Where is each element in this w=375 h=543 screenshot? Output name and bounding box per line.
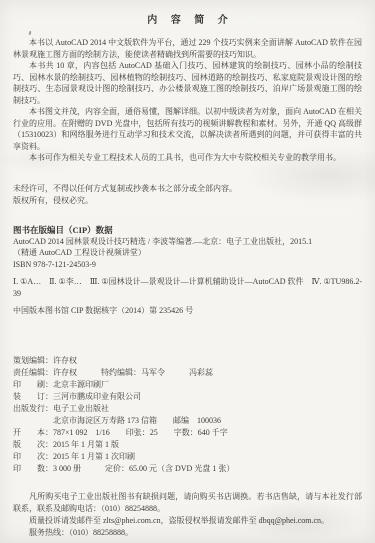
purchase-note-service-hotline: 服务热线：（010）88258888。 <box>13 527 362 539</box>
page-title: 内 容 简 介 <box>13 14 362 28</box>
colophon-line-planning-editor: 策划编辑：许存权 <box>13 355 362 367</box>
intro-paragraph: 本书共 10 章，内容包括 AutoCAD 基础入门技巧、园林建筑的绘制技巧、园… <box>13 60 362 106</box>
colophon-line-impression: 印 次：2015 年 1 月第 1 次印刷 <box>13 451 362 463</box>
colophon-section: 策划编辑：许存权 责任编辑：许存权 特约编辑：马军令 冯彩蕊 印 刷：北京丰源印… <box>13 355 362 475</box>
cip-heading: 图书在版编目（CIP）数据 <box>13 224 362 236</box>
scan-speck-artifact <box>29 31 32 35</box>
cip-isbn-line: ISBN 978-7-121-24503-9 <box>13 259 362 271</box>
intro-paragraph: 本书以 AutoCAD 2014 中文版软件为平台，通过 229 个技巧实例来全… <box>13 37 362 60</box>
colophon-line-printer: 印 刷：北京丰源印刷厂 <box>13 379 362 391</box>
cip-classification-line: Ⅰ. ①A… Ⅱ. ①李… Ⅲ. ①园林设计—景观设计—计算机辅助设计—Auto… <box>13 276 362 299</box>
purchase-notes-section: 凡所购买电子工业出版社图书有缺损问题，请向购买书店调换。若书店售缺，请与本社发行… <box>13 491 362 539</box>
copyright-notice: 未经许可，不得以任何方式复制或抄袭本书之部分或全部内容。 版权所有，侵权必究。 <box>13 183 362 207</box>
colophon-line-binder: 装 订：三河市鹏成印业有限公司 <box>13 391 362 403</box>
intro-paragraph: 本书可作为相关专业工程技术人员的工具书，也可作为大中专院校相关专业的教学用书。 <box>13 152 362 164</box>
copyright-notice-line: 未经许可，不得以任何方式复制或抄袭本书之部分或全部内容。 <box>13 183 362 195</box>
cip-series-line: （精通 AutoCAD 工程设计视频讲堂） <box>13 247 362 259</box>
colophon-line-publisher-address: 北京市海淀区万寿路 173 信箱 邮编 100036 <box>13 415 362 427</box>
cip-record-line: 中国版本图书馆 CIP 数据核字（2014）第 235426 号 <box>13 305 362 317</box>
colophon-line-edition: 版 次：2015 年 1 月第 1 版 <box>13 439 362 451</box>
book-copyright-page: 内 容 简 介 本书以 AutoCAD 2014 中文版软件为平台，通过 229… <box>0 0 375 543</box>
colophon-line-print-run-price: 印 数：3 000 册 定价：65.00 元（含 DVD 光盘 1 张） <box>13 463 362 475</box>
copyright-notice-line: 版权所有，侵权必究。 <box>13 195 362 207</box>
colophon-line-format: 开 本：787×1 092 1/16 印张：25 字数：640 千字 <box>13 427 362 439</box>
cip-title-line: AutoCAD 2014 园林景观设计技巧精选 / 李波等编著.—北京：电子工业… <box>13 236 362 248</box>
colophon-line-publisher: 出版发行：电子工业出版社 <box>13 403 362 415</box>
intro-section: 本书以 AutoCAD 2014 中文版软件为平台，通过 229 个技巧实例来全… <box>13 37 362 164</box>
purchase-note-exchange: 凡所购买电子工业出版社图书有缺损问题，请向购买书店调换。若书店售缺，请与本社发行… <box>13 491 362 515</box>
intro-paragraph: 本书图文并茂，内容全面，通俗易懂，图解详细。以初中级读者为对象，面向 AutoC… <box>13 106 362 152</box>
cip-data-block: 图书在版编目（CIP）数据 AutoCAD 2014 园林景观设计技巧精选 / … <box>13 224 362 317</box>
purchase-note-complaint-email: 质量投诉请发邮件至 zlts@phei.com.cn，盗版侵权举报请发邮件至 d… <box>13 515 362 527</box>
colophon-line-responsible-editor: 责任编辑：许存权 特约编辑：马军令 冯彩蕊 <box>13 367 362 379</box>
